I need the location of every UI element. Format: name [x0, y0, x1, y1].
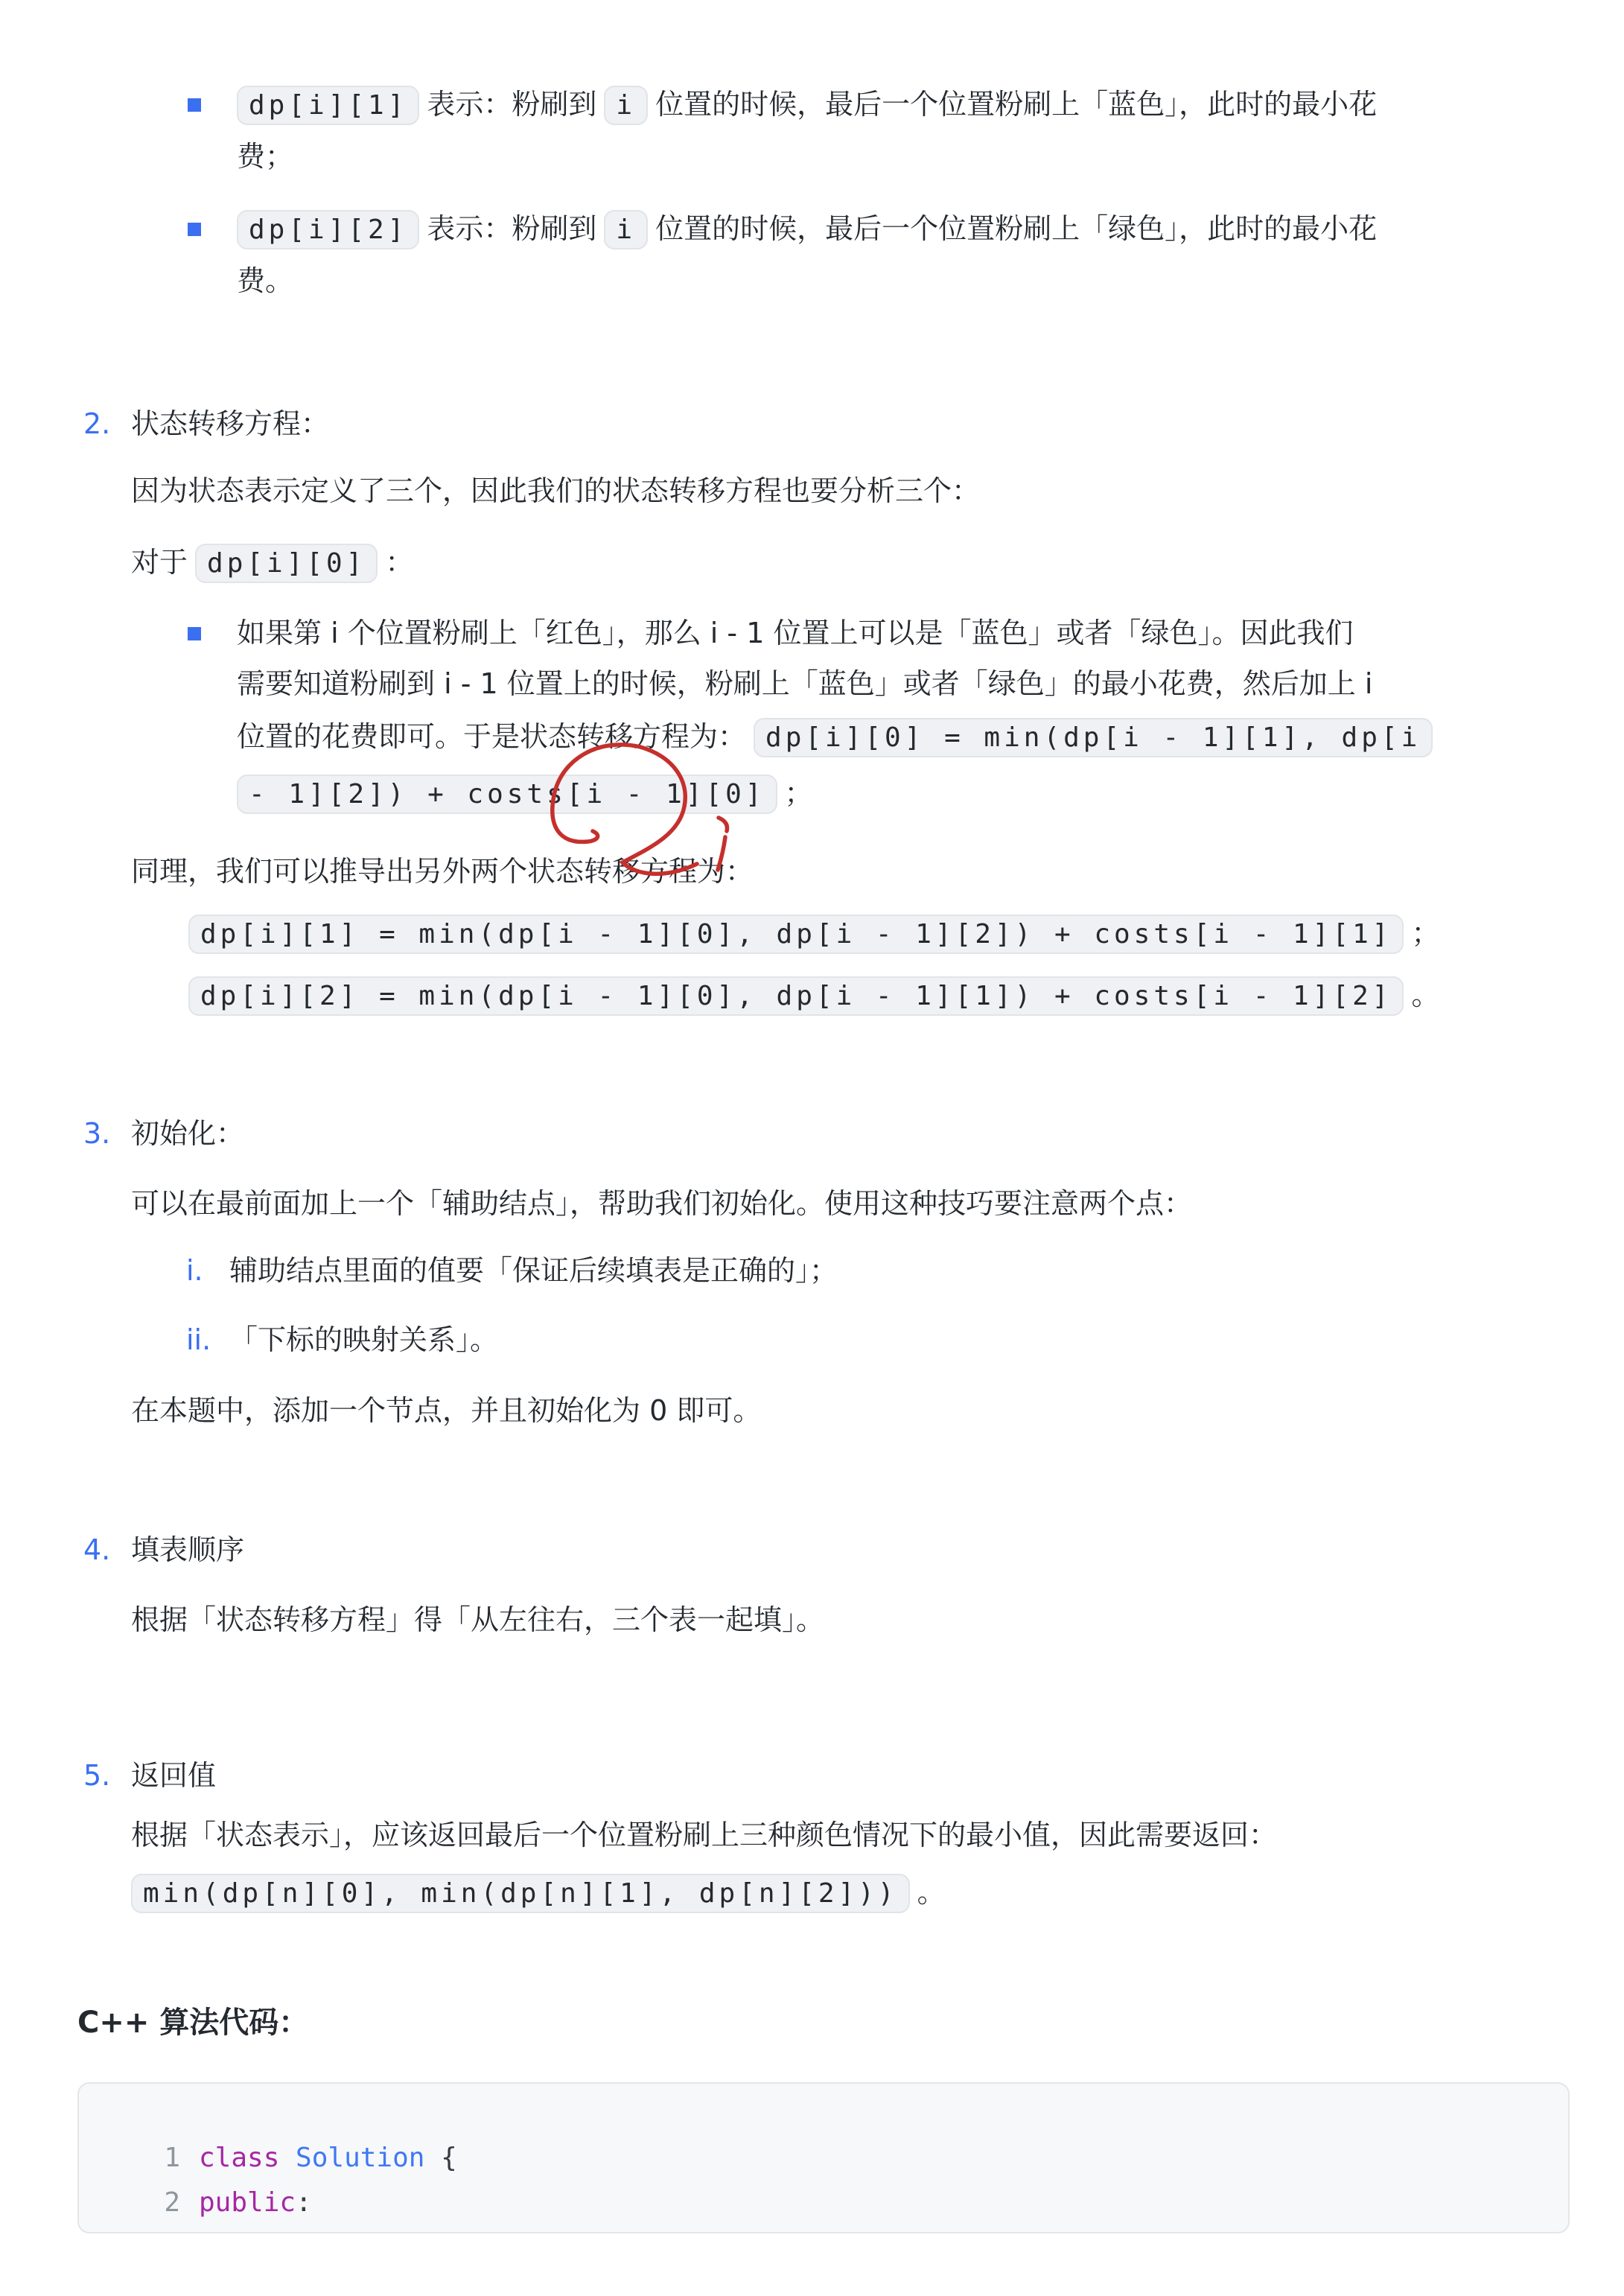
line-number: 1	[162, 2136, 180, 2181]
bullet-content: 如果第 i 个位置粉刷上「红色」，那么 i - 1 位置上可以是「蓝色」或者「绿…	[237, 608, 1570, 822]
equation-line: dp[i][2] = min(dp[i - 1][0], dp[i - 1][1…	[188, 967, 1570, 1024]
bullet-text: 表示：粉刷到	[427, 88, 596, 121]
inline-code: i	[604, 86, 648, 125]
bullet-line: 费。	[237, 255, 1570, 306]
bullet-line: dp[i][2]表示：粉刷到i位置的时候，最后一个位置粉刷上「绿色」，此时的最小…	[237, 203, 1570, 255]
code-token-plain: {	[424, 2143, 456, 2173]
bullet-line: 如果第 i 个位置粉刷上「红色」，那么 i - 1 位置上可以是「蓝色」或者「绿…	[237, 608, 1570, 658]
bullet-content: dp[i][1]表示：粉刷到i位置的时候，最后一个位置粉刷上「蓝色」，此时的最小…	[237, 79, 1570, 182]
inline-code: dp[i][0] = min(dp[i - 1][1], dp[i	[754, 718, 1433, 757]
roman-text: 辅助结点里面的值要「保证后续填表是正确的」；	[229, 1245, 838, 1296]
return-code-line: min(dp[n][0], min(dp[n][1], dp[n][2]))。	[131, 1865, 1570, 1921]
roman-number: ii.	[186, 1314, 229, 1365]
section-2-heading: 2. 状态转移方程：	[77, 398, 1570, 449]
equation-line: dp[i][1] = min(dp[i - 1][0], dp[i - 1][2…	[188, 906, 1570, 962]
bullet-line: 位置的花费即可。于是状态转移方程为：dp[i][0] = min(dp[i - …	[237, 709, 1570, 766]
inline-code: dp[i][2]	[237, 210, 419, 249]
paragraph-text: 。	[917, 1876, 946, 1909]
line-number: 2	[162, 2181, 180, 2225]
section-3-heading: 3. 初始化：	[77, 1108, 1570, 1159]
section-title: 初始化：	[131, 1108, 244, 1159]
bullet-content: dp[i][2]表示：粉刷到i位置的时候，最后一个位置粉刷上「绿色」，此时的最小…	[237, 203, 1570, 306]
bullet-text: ；	[785, 777, 813, 810]
section-4-heading: 4. 填表顺序	[77, 1524, 1570, 1575]
code-line: 1class Solution {	[79, 2136, 1568, 2181]
paragraph: 对于dp[i][0]：	[131, 535, 1570, 591]
inline-code: dp[i][0]	[195, 544, 378, 583]
paragraph: 因为状态表示定义了三个，因此我们的状态转移方程也要分析三个：	[131, 465, 1570, 516]
bullet-text: 位置的花费即可。于是状态转移方程为：	[237, 720, 746, 753]
paragraph-text: 对于	[131, 546, 188, 579]
roman-text: 「下标的映射关系」。	[229, 1314, 498, 1365]
list-item: 如果第 i 个位置粉刷上「红色」，那么 i - 1 位置上可以是「蓝色」或者「绿…	[77, 608, 1570, 822]
cpp-code-lines: 1class Solution {2public:	[79, 2136, 1568, 2225]
code-text: public:	[199, 2181, 312, 2225]
paragraph: 同理，我们可以推导出另外两个状态转移方程为：	[131, 846, 1570, 897]
inline-code: dp[i][1]	[237, 86, 419, 125]
list-number: 3.	[77, 1108, 131, 1159]
paragraph: 在本题中，添加一个节点，并且初始化为 0 即可。	[131, 1385, 1570, 1436]
bullet-text: 费。	[237, 264, 293, 297]
bullet-square-icon	[188, 223, 201, 236]
cpp-code-heading: C++ 算法代码：	[77, 1997, 1570, 2048]
inline-code: i	[604, 210, 648, 249]
paragraph: 根据「状态转移方程」得「从左往右，三个表一起填」。	[131, 1594, 1570, 1645]
bullet-square-icon	[188, 98, 201, 112]
section-5-heading: 5. 返回值	[77, 1750, 1570, 1801]
bullet-line: - 1][2]) + costs[i - 1][0]；	[237, 766, 1570, 822]
code-text: class Solution {	[199, 2136, 457, 2181]
code-token-classname: Solution	[296, 2143, 424, 2173]
bullet-text: 位置的时候，最后一个位置粉刷上「绿色」，此时的最小花	[655, 212, 1377, 245]
paragraph-text: ：	[385, 546, 413, 579]
roman-list-item: ii. 「下标的映射关系」。	[186, 1314, 1570, 1365]
inline-code: - 1][2]) + costs[i - 1][0]	[237, 775, 777, 814]
cpp-code-block: 1class Solution {2public:	[77, 2082, 1570, 2233]
bullet-text: 位置的时候，最后一个位置粉刷上「蓝色」，此时的最小花	[655, 88, 1377, 121]
list-number: 4.	[77, 1524, 131, 1575]
bullet-line: dp[i][1]表示：粉刷到i位置的时候，最后一个位置粉刷上「蓝色」，此时的最小…	[237, 79, 1570, 131]
paragraph: 可以在最前面加上一个「辅助结点」，帮助我们初始化。使用这种技巧要注意两个点：	[131, 1178, 1570, 1229]
article-page: dp[i][1]表示：粉刷到i位置的时候，最后一个位置粉刷上「蓝色」，此时的最小…	[77, 0, 1570, 2233]
bullet-text: 费；	[237, 140, 293, 173]
paragraph: 根据「状态表示」，应该返回最后一个位置粉刷上三种颜色情况下的最小值，因此需要返回…	[131, 1810, 1570, 1860]
inline-code: dp[i][1] = min(dp[i - 1][0], dp[i - 1][2…	[188, 915, 1404, 954]
bullet-line: 费；	[237, 131, 1570, 182]
section-title: 返回值	[131, 1750, 216, 1801]
code-line: 2public:	[79, 2181, 1568, 2225]
roman-number: i.	[186, 1245, 229, 1296]
code-token-plain: :	[296, 2187, 312, 2218]
equation-punctuation: 。	[1411, 979, 1439, 1011]
list-item: dp[i][2]表示：粉刷到i位置的时候，最后一个位置粉刷上「绿色」，此时的最小…	[77, 203, 1570, 306]
equation-punctuation: ；	[1411, 917, 1439, 950]
section-title: 填表顺序	[131, 1524, 244, 1575]
bullet-square-icon	[188, 627, 201, 640]
code-token-keyword: public	[199, 2187, 296, 2218]
section-title: 状态转移方程：	[131, 398, 329, 449]
bullet-text: 表示：粉刷到	[427, 212, 596, 245]
red-tick-stroke	[719, 818, 727, 831]
roman-list-item: i. 辅助结点里面的值要「保证后续填表是正确的」；	[186, 1245, 1570, 1296]
bullet-line: 需要知道粉刷到 i - 1 位置上的时候，粉刷上「蓝色」或者「绿色」的最小花费，…	[237, 658, 1570, 709]
list-number: 5.	[77, 1750, 131, 1801]
code-token-keyword: class	[199, 2143, 296, 2173]
inline-code: min(dp[n][0], min(dp[n][1], dp[n][2]))	[131, 1874, 910, 1913]
list-item: dp[i][1]表示：粉刷到i位置的时候，最后一个位置粉刷上「蓝色」，此时的最小…	[77, 79, 1570, 182]
list-number: 2.	[77, 398, 131, 449]
inline-code: dp[i][2] = min(dp[i - 1][0], dp[i - 1][1…	[188, 976, 1404, 1016]
